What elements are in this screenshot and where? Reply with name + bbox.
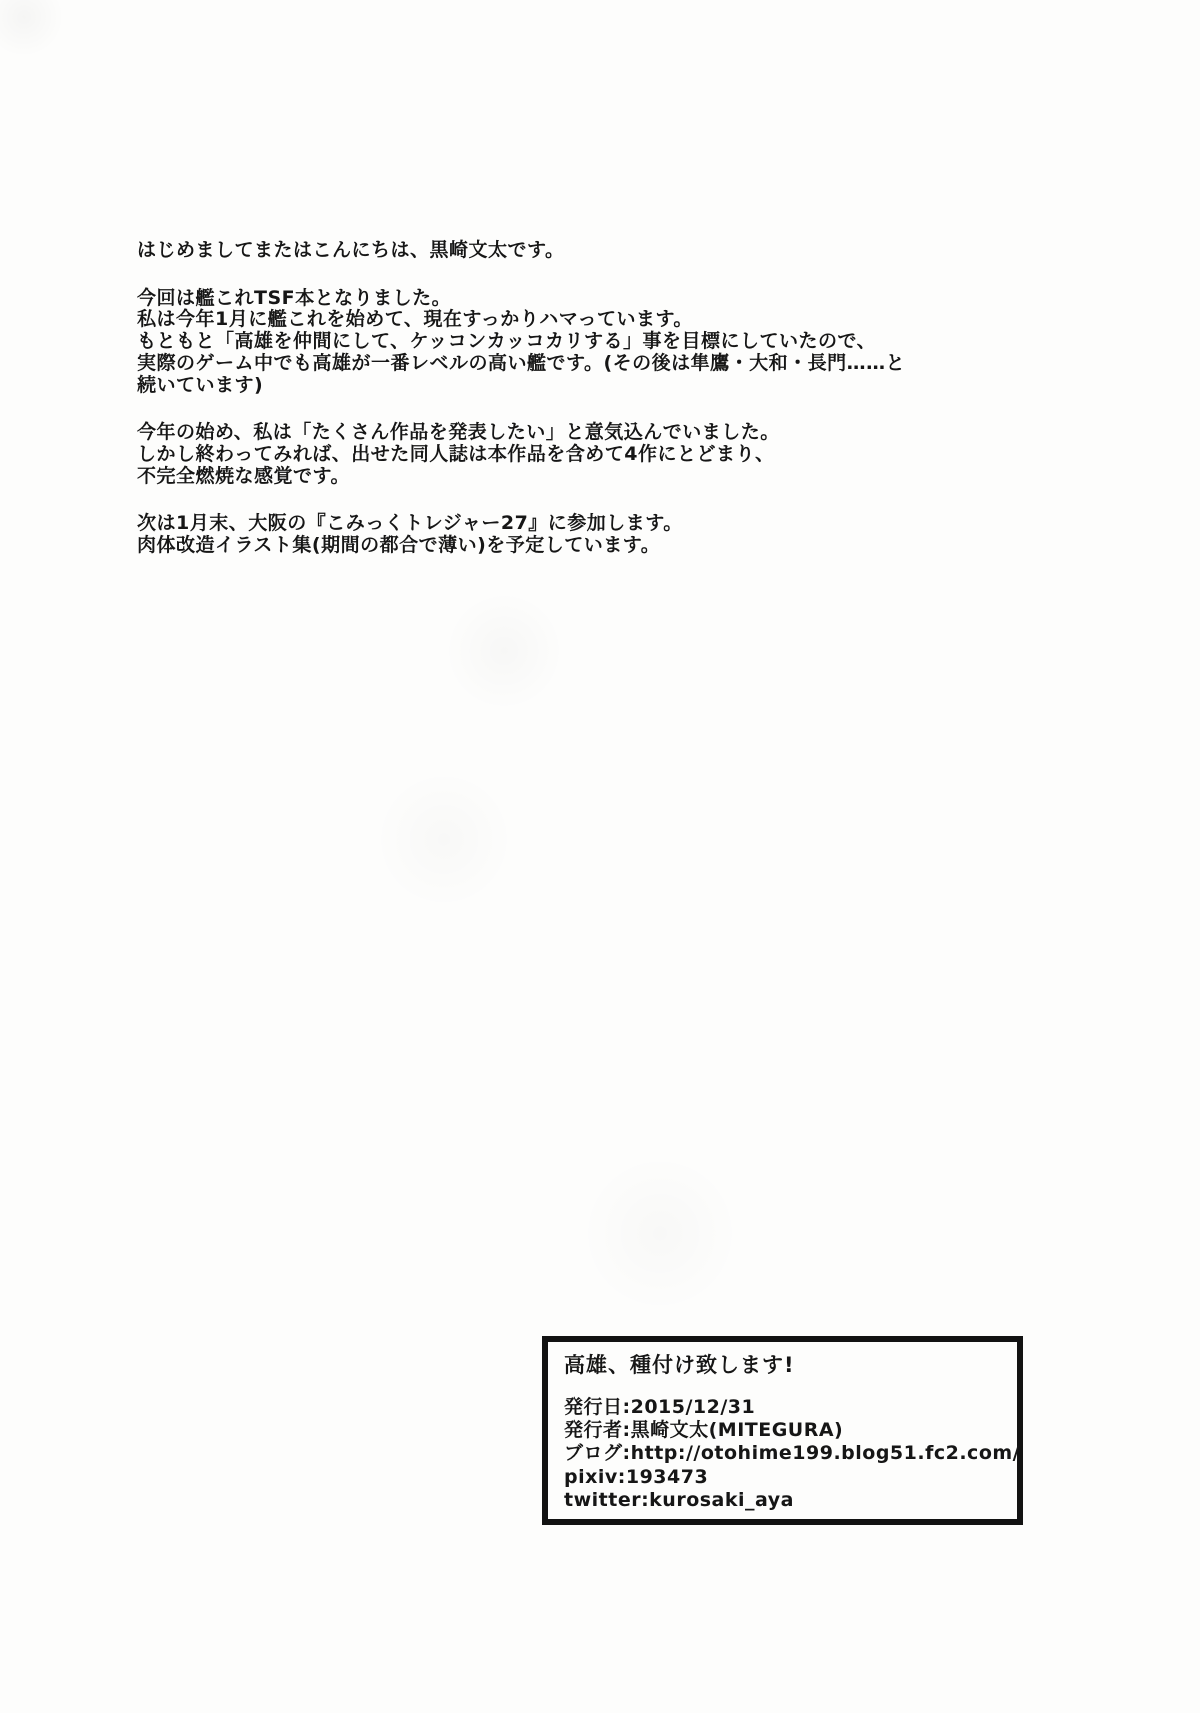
colophon-box: 高雄、種付け致します! 発行日:2015/12/31発行者:黒崎文太(MITEG… <box>542 1336 1023 1525</box>
text-line: 不完全燃焼な感覚です。 <box>137 466 1037 488</box>
text-line: 次は1月末、大阪の『こみっくトレジャー27』に参加します。 <box>137 513 1037 535</box>
paragraph: 今回は艦これTSF本となりました。私は今年1月に艦これを始めて、現在すっかりハマ… <box>137 288 1037 397</box>
text-line: はじめましてまたはこんにちは、黒崎文太です。 <box>137 240 1037 262</box>
colophon-details: 発行日:2015/12/31発行者:黒崎文太(MITEGURA)ブログ:http… <box>564 1396 1003 1512</box>
paragraph: 次は1月末、大阪の『こみっくトレジャー27』に参加します。肉体改造イラスト集(期… <box>137 513 1037 556</box>
text-line: 今年の始め、私は「たくさん作品を発表したい」と意気込んでいました。 <box>137 422 1037 444</box>
colophon-line: pixiv:193473 <box>564 1466 1003 1489</box>
colophon-line: 発行日:2015/12/31 <box>564 1396 1003 1419</box>
text-line: 実際のゲーム中でも高雄が一番レベルの高い艦です。(その後は隼鷹・大和・長門……と <box>137 353 1037 375</box>
text-line: しかし終わってみれば、出せた同人誌は本作品を含めて4作にとどまり、 <box>137 444 1037 466</box>
text-line: 続いています) <box>137 375 1037 397</box>
colophon-line: ブログ:http://otohime199.blog51.fc2.com/ <box>564 1442 1003 1465</box>
scanned-afterword-page: はじめましてまたはこんにちは、黒崎文太です。今回は艦これTSF本となりました。私… <box>0 0 1200 1713</box>
text-line: 肉体改造イラスト集(期間の都合で薄い)を予定しています。 <box>137 535 1037 557</box>
paragraph: はじめましてまたはこんにちは、黒崎文太です。 <box>137 240 1037 262</box>
afterword-text-block: はじめましてまたはこんにちは、黒崎文太です。今回は艦これTSF本となりました。私… <box>137 240 1037 583</box>
colophon-line: twitter:kurosaki_aya <box>564 1489 1003 1512</box>
text-line: 今回は艦これTSF本となりました。 <box>137 288 1037 310</box>
colophon-line: 発行者:黒崎文太(MITEGURA) <box>564 1419 1003 1442</box>
text-line: もともと「高雄を仲間にして、ケッコンカッコカリする」事を目標にしていたので、 <box>137 331 1037 353</box>
book-title: 高雄、種付け致します! <box>564 1353 1003 1377</box>
text-line: 私は今年1月に艦これを始めて、現在すっかりハマっています。 <box>137 309 1037 331</box>
paragraph: 今年の始め、私は「たくさん作品を発表したい」と意気込んでいました。しかし終わって… <box>137 422 1037 487</box>
